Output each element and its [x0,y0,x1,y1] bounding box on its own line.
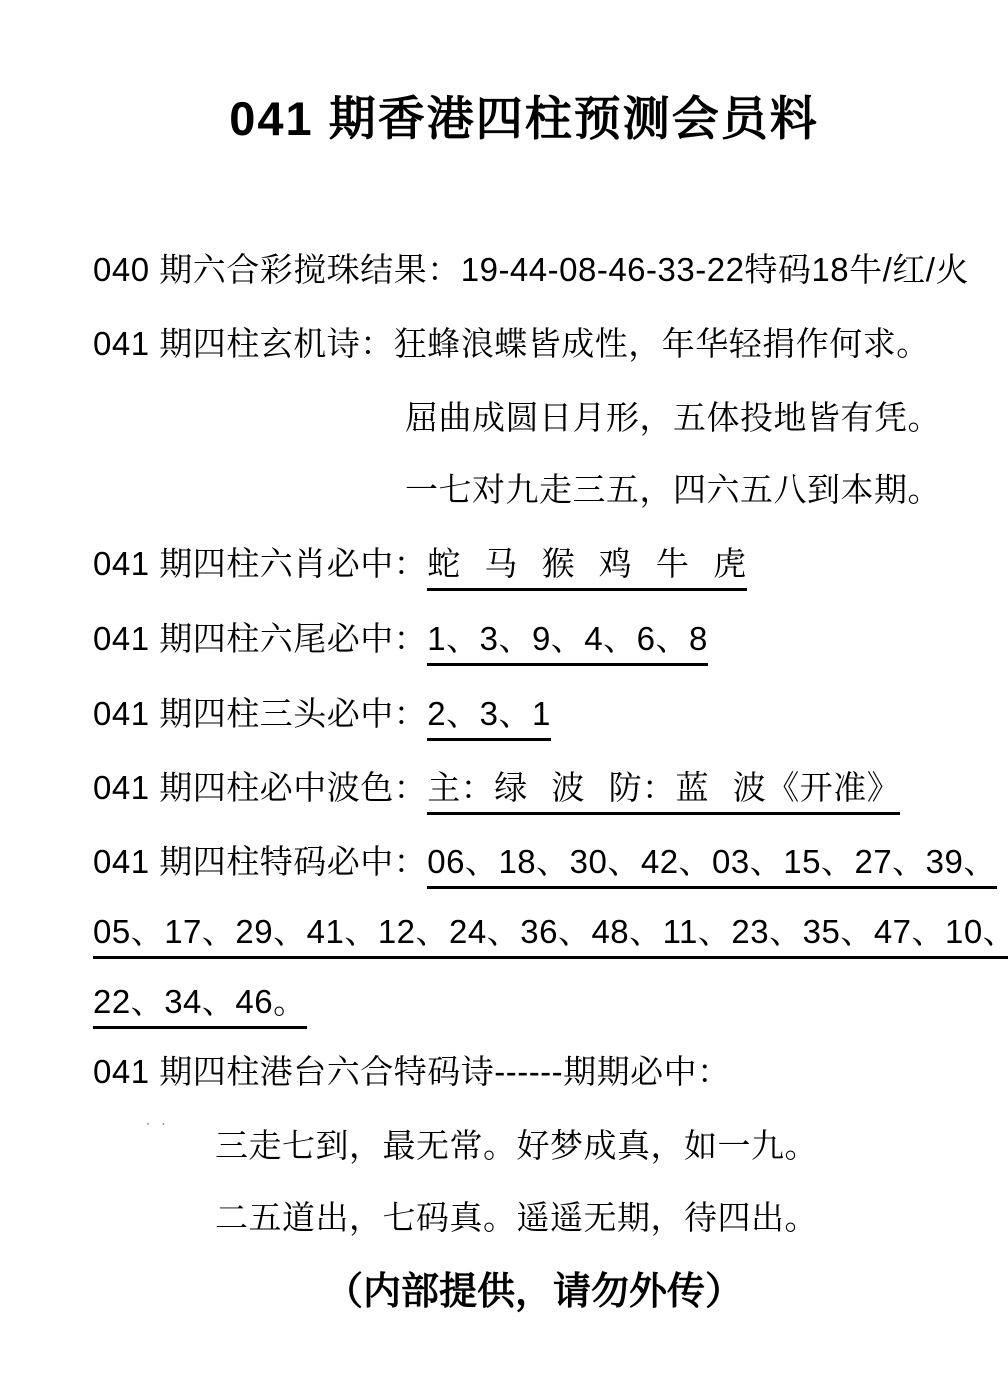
three-heads-label: 041 期四柱三头必中： [93,695,427,732]
special-poem-label: 041 期四柱港台六合特码诗------期期必中： [93,1046,731,1093]
special-codes-value-2: 05、17、29、41、12、24、36、48、11、23、35、47、10、 [93,913,1008,959]
six-tails-line: 041 期四柱六尾必中：1、3、9、4、6、8 [93,613,708,660]
page-title: 041 期香港四柱预测会员料 [0,82,1008,149]
draw-result-value: 19-44-08-46-33-22特码18牛/红/火 [461,251,969,288]
three-heads-value: 2、3、1 [427,695,551,741]
draw-result-label: 040 期六合彩搅珠结果： [93,251,461,288]
xuanji-poem-text-1: 狂蜂浪蝶皆成性，年华轻捐作何求。 [394,325,930,362]
xuanji-poem-label: 041 期四柱玄机诗： [93,325,394,362]
three-heads-line: 041 期四柱三头必中：2、3、1 [93,688,551,735]
draw-result-line: 040 期六合彩搅珠结果：19-44-08-46-33-22特码18牛/红/火 [93,244,969,291]
wave-color-line: 041 期四柱必中波色：主：绿 波 防：蓝 波《开准》 [93,762,900,809]
special-codes-line-1: 041 期四柱特码必中：06、18、30、42、03、15、27、39、 [93,836,997,883]
six-tails-label: 041 期四柱六尾必中： [93,620,427,657]
special-codes-label: 041 期四柱特码必中： [93,843,427,880]
six-zodiac-label: 041 期四柱六肖必中： [93,545,427,582]
special-poem-line-2: 二五道出，七码真。遥遥无期，待四出。 [215,1192,818,1239]
document-page: 041 期香港四柱预测会员料 040 期六合彩搅珠结果：19-44-08-46-… [0,0,1008,1388]
special-codes-value-3: 22、34、46。 [93,983,307,1029]
xuanji-poem-line-1: 041 期四柱玄机诗：狂蜂浪蝶皆成性，年华轻捐作何求。 [93,318,930,365]
wave-color-value: 主：绿 波 防：蓝 波《开准》 [427,769,900,815]
stray-dots-mark: · · [146,1116,169,1130]
six-zodiac-value: 蛇 马 猴 鸡 牛 虎 [427,545,746,591]
six-zodiac-line: 041 期四柱六肖必中：蛇 马 猴 鸡 牛 虎 [93,538,747,585]
xuanji-poem-line-3: 一七对九走三五，四六五八到本期。 [405,464,941,511]
six-tails-value: 1、3、9、4、6、8 [427,620,708,666]
xuanji-poem-line-2: 屈曲成圆日月形，五体投地皆有凭。 [405,392,941,439]
special-codes-line-3: 22、34、46。 [93,976,307,1023]
special-codes-value-1: 06、18、30、42、03、15、27、39、 [427,843,997,889]
wave-color-label: 041 期四柱必中波色： [93,769,427,806]
special-codes-line-2: 05、17、29、41、12、24、36、48、11、23、35、47、10、 [93,906,1008,953]
footer-notice: （内部提供，请勿外传） [0,1260,1008,1315]
special-poem-line-1: 三走七到，最无常。好梦成真，如一九。 [215,1120,818,1167]
